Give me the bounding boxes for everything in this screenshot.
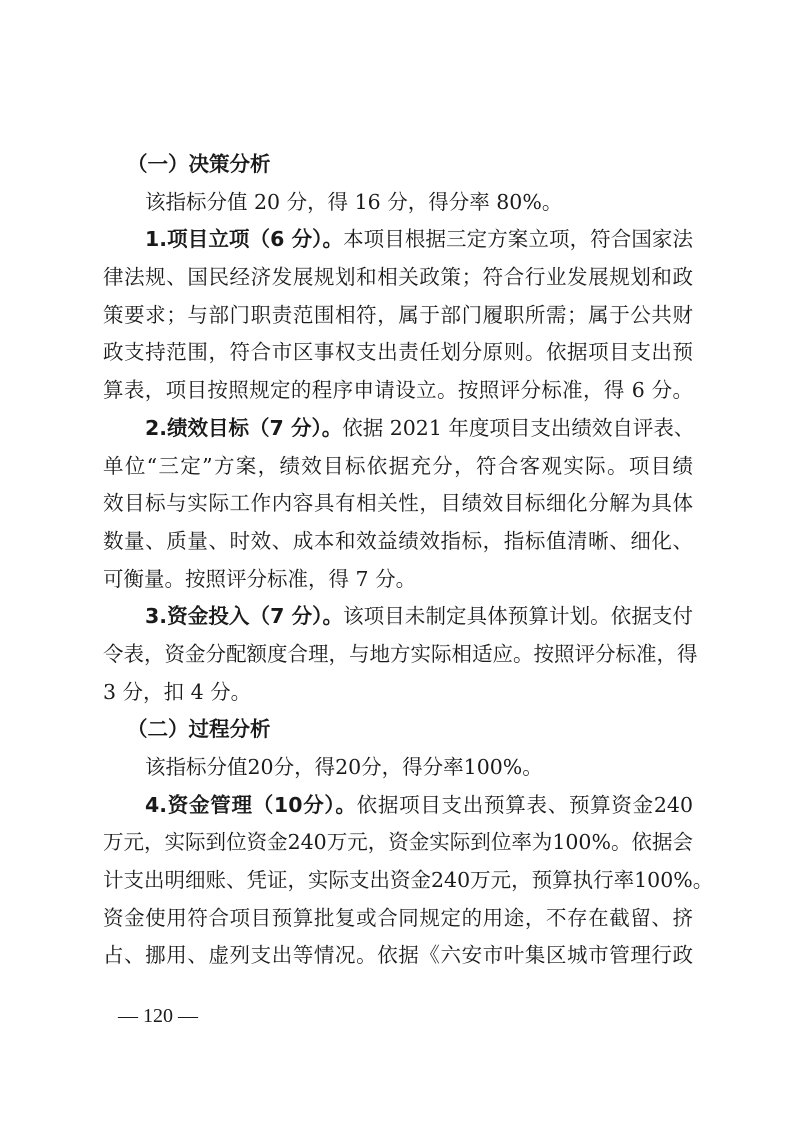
paragraph-line: 万元，实际到位资金240万元，资金实际到位率为100%。依据会 — [103, 824, 693, 862]
item-title: 4.资金管理（10分）。 — [145, 793, 357, 817]
paragraph-line: 令表，资金分配额度合理，与地方实际相适应。按照评分标准，得 — [103, 636, 693, 674]
item-title: 2.绩效目标（7 分）。 — [145, 416, 342, 440]
paragraph-line: 律法规、国民经济发展规划和相关政策；符合行业发展规划和政 — [103, 259, 693, 297]
paragraph-line: 算表，项目按照规定的程序申请设立。按照评分标准，得 6 分。 — [103, 372, 693, 410]
paragraph-line: 可衡量。按照评分标准，得 7 分。 — [103, 561, 693, 599]
page-number: — 120 — — [118, 1005, 198, 1028]
item-title: 3.资金投入（7 分）。 — [145, 604, 343, 628]
paragraph-line: 1.项目立项（6 分）。本项目根据三定方案立项，符合国家法 — [103, 221, 693, 259]
paragraph-line: 策要求；与部门职责范围相符，属于部门履职所需；属于公共财 — [103, 297, 693, 335]
item-title: 1.项目立项（6 分）。 — [145, 227, 343, 251]
text-span: 该项目未制定具体预算计划。依据支付 — [343, 604, 693, 628]
paragraph-line: 数量、质量、时效、成本和效益绩效指标，指标值清晰、细化、 — [103, 523, 693, 561]
paragraph-line: 效目标与实际工作内容具有相关性，目绩效目标细化分解为具体 — [103, 485, 693, 523]
text-span: 依据 2021 年度项目支出绩效自评表、 — [342, 416, 694, 440]
paragraph-line: 单位“三定”方案，绩效目标依据充分，符合客观实际。项目绩 — [103, 448, 693, 486]
document-page: （一）决策分析 该指标分值 20 分，得 16 分，得分率 80%。 1.项目立… — [103, 146, 693, 975]
paragraph-line: 3 分，扣 4 分。 — [103, 674, 693, 712]
paragraph-line: 计支出明细账、凭证，实际支出资金240万元，预算执行率100%。 — [103, 862, 693, 900]
section-summary: 该指标分值20分，得20分，得分率100%。 — [103, 749, 693, 787]
section-summary: 该指标分值 20 分，得 16 分，得分率 80%。 — [103, 184, 693, 222]
paragraph-line: 2.绩效目标（7 分）。依据 2021 年度项目支出绩效自评表、 — [103, 410, 693, 448]
text-span: 本项目根据三定方案立项，符合国家法 — [343, 227, 693, 251]
text-span: 依据项目支出预算表、预算资金240 — [357, 793, 693, 817]
section-heading-process-analysis: （二）过程分析 — [103, 711, 693, 749]
paragraph-line: 4.资金管理（10分）。依据项目支出预算表、预算资金240 — [103, 787, 693, 825]
section-heading-decision-analysis: （一）决策分析 — [103, 146, 693, 184]
paragraph-line: 政支持范围，符合市区事权支出责任划分原则。依据项目支出预 — [103, 334, 693, 372]
paragraph-line: 占、挪用、虚列支出等情况。依据《六安市叶集区城市管理行政 — [103, 937, 693, 975]
paragraph-line: 资金使用符合项目预算批复或合同规定的用途，不存在截留、挤 — [103, 900, 693, 938]
paragraph-line: 3.资金投入（7 分）。该项目未制定具体预算计划。依据支付 — [103, 598, 693, 636]
